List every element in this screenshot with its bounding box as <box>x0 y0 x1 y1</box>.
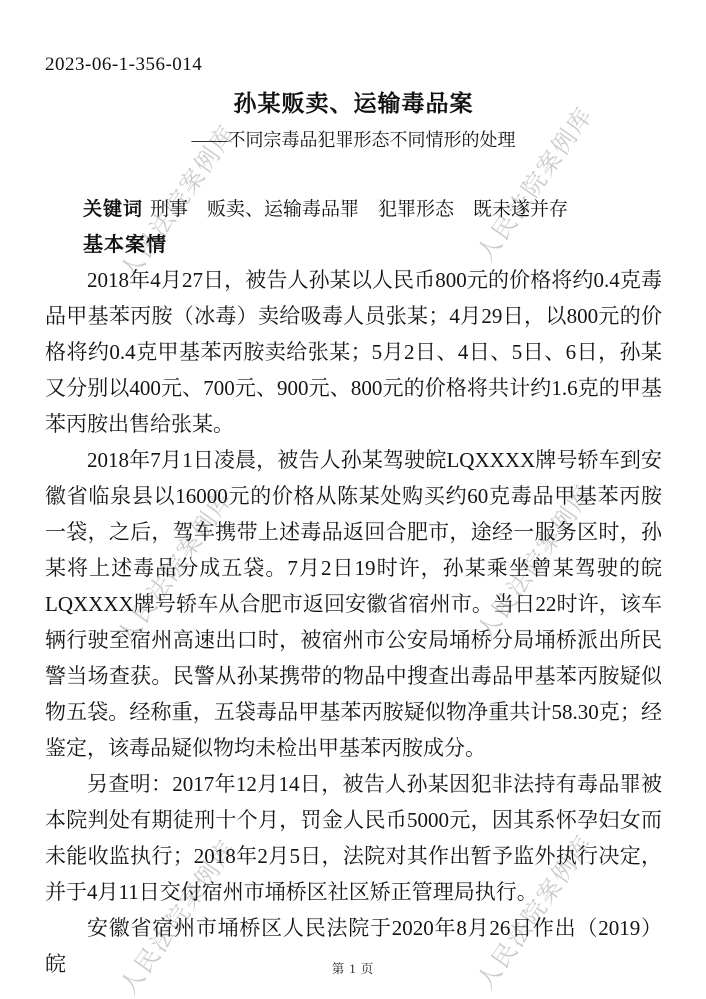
keywords-line: 关键词刑事 贩卖、运输毒品罪 犯罪形态 既未遂并存 <box>45 197 662 223</box>
keywords-text: 刑事 贩卖、运输毒品罪 犯罪形态 既未遂并存 <box>150 199 568 220</box>
paragraph-sales-facts: 2018年4月27日，被告人孙某以人民币800元的价格将约0.4克毒品甲基苯丙胺… <box>45 262 662 442</box>
page-footer: 第 1 页 <box>0 959 706 977</box>
document-page: 人民法院案例库 人民法院案例库 人民法院案例库 人民法院案例库 人民法院案例库 … <box>0 0 706 999</box>
paragraph-prior-conviction: 另查明：2017年12月14日，被告人孙某因犯非法持有毒品罪被本院判处有期徒刑十… <box>45 766 662 910</box>
case-subtitle: ——不同宗毒品犯罪形态不同情形的处理 <box>45 127 662 153</box>
document-content: 2023-06-1-356-014 孙某贩卖、运输毒品案 ——不同宗毒品犯罪形态… <box>0 0 706 982</box>
keywords-label: 关键词 <box>83 199 143 220</box>
page-number: 第 1 页 <box>332 962 375 976</box>
document-number: 2023-06-1-356-014 <box>45 53 662 77</box>
section-heading-basic-facts: 基本案情 <box>45 232 662 258</box>
paragraph-transport-facts: 2018年7月1日凌晨，被告人孙某驾驶皖LQXXXX牌号轿车到安徽省临泉县以16… <box>45 442 662 766</box>
case-title: 孙某贩卖、运输毒品案 <box>45 89 662 119</box>
